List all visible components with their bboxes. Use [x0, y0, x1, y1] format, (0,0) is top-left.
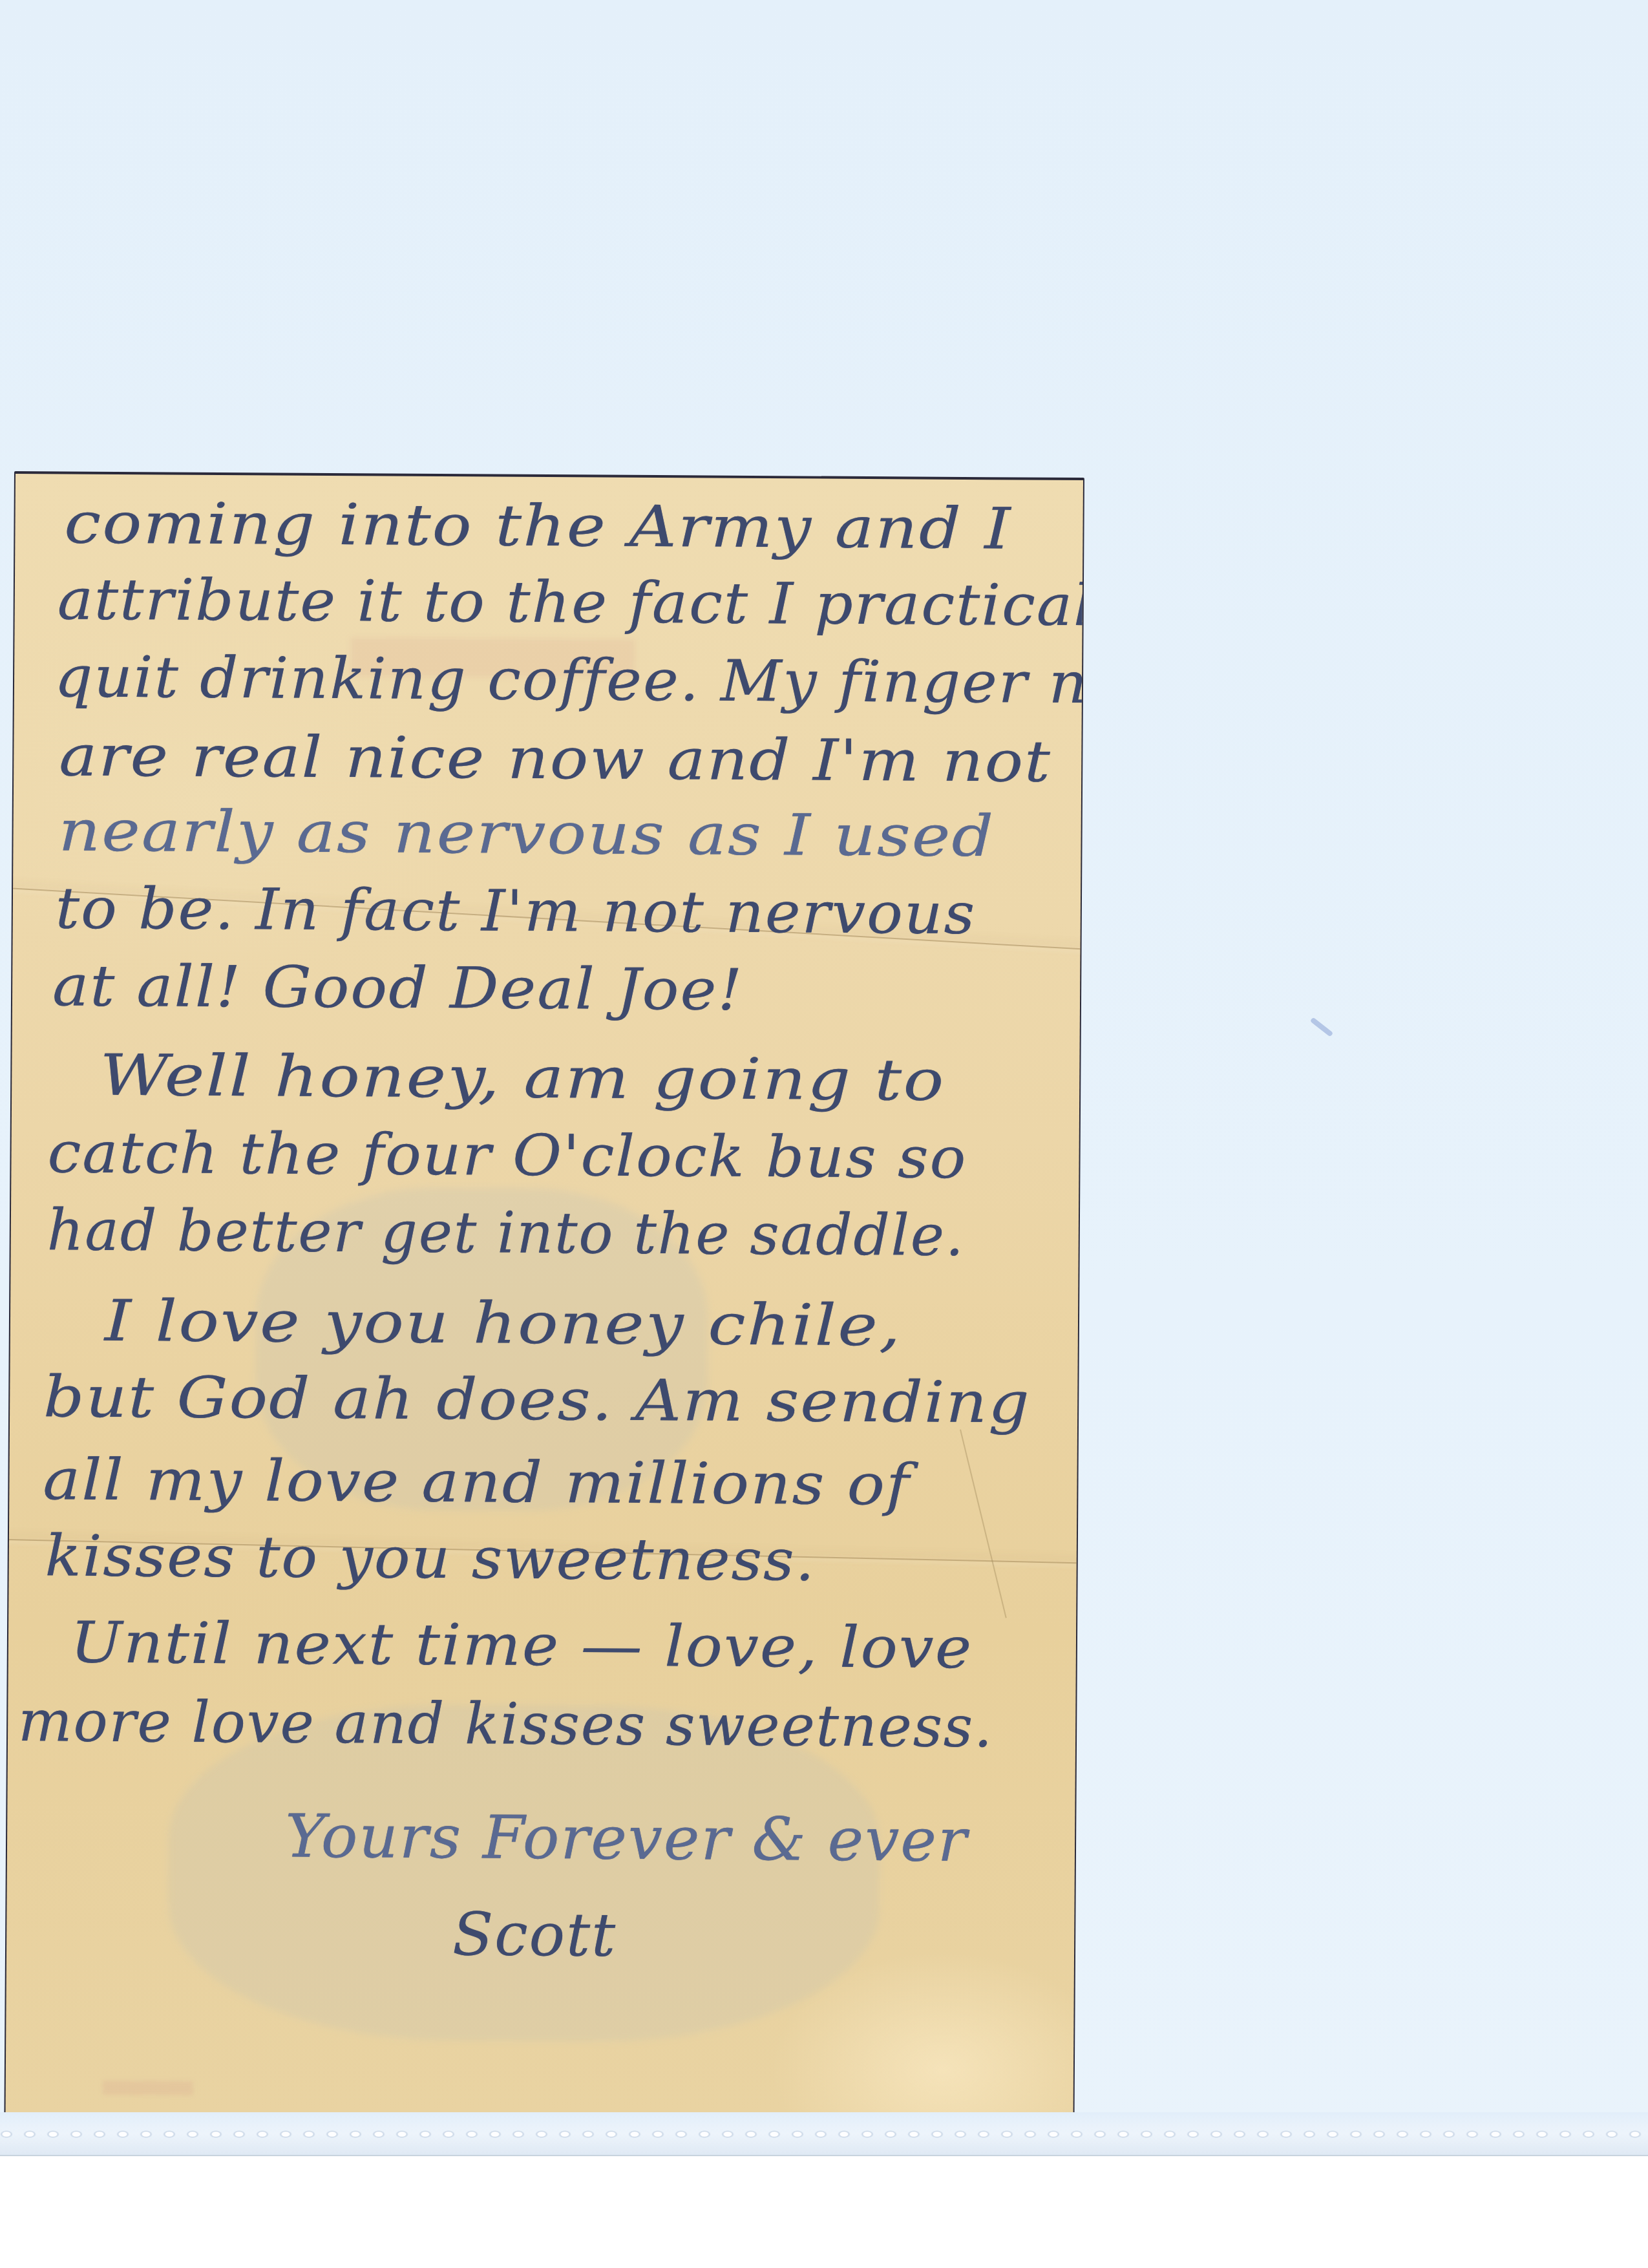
letter-line: catch the four O'clock bus so	[47, 1124, 967, 1187]
letter-line: had better get into the saddle.	[47, 1202, 966, 1264]
closing-line: Yours Forever & ever	[285, 1807, 968, 1871]
signature: Scott	[452, 1905, 617, 1966]
letter-page: coming into the Army and I attribute it …	[5, 474, 1083, 2121]
letter-line: but God ah does. Am sending	[43, 1368, 1031, 1431]
letter-line: kisses to you sweetness.	[45, 1527, 816, 1589]
faint-stamp-mark	[103, 2081, 193, 2095]
letter-line: Until next time — love, love	[70, 1615, 973, 1677]
letter-line: attribute it to the fact I practically	[58, 571, 1083, 634]
corner-crease	[960, 1429, 1007, 1618]
letter-line: to be. In fact I'm not nervous	[56, 880, 977, 942]
letter-line: are real nice now and I'm not	[59, 727, 1051, 790]
letter-line: all my love and millions of	[43, 1451, 911, 1513]
letter-line: nearly as nervous as I used	[58, 802, 995, 865]
letter-line: more love and kisses sweetness.	[18, 1693, 993, 1755]
letter-line: coming into the Army and I	[64, 494, 1012, 557]
letter-line: quit drinking coffee. My finger nails	[54, 648, 1083, 712]
letter-line: at all! Good Deal Joe!	[52, 957, 744, 1019]
letter-line: I love you honey chile,	[105, 1293, 902, 1355]
letter-line: Well honey, am going to	[100, 1047, 945, 1109]
sleeve-perforations	[0, 2128, 1648, 2140]
